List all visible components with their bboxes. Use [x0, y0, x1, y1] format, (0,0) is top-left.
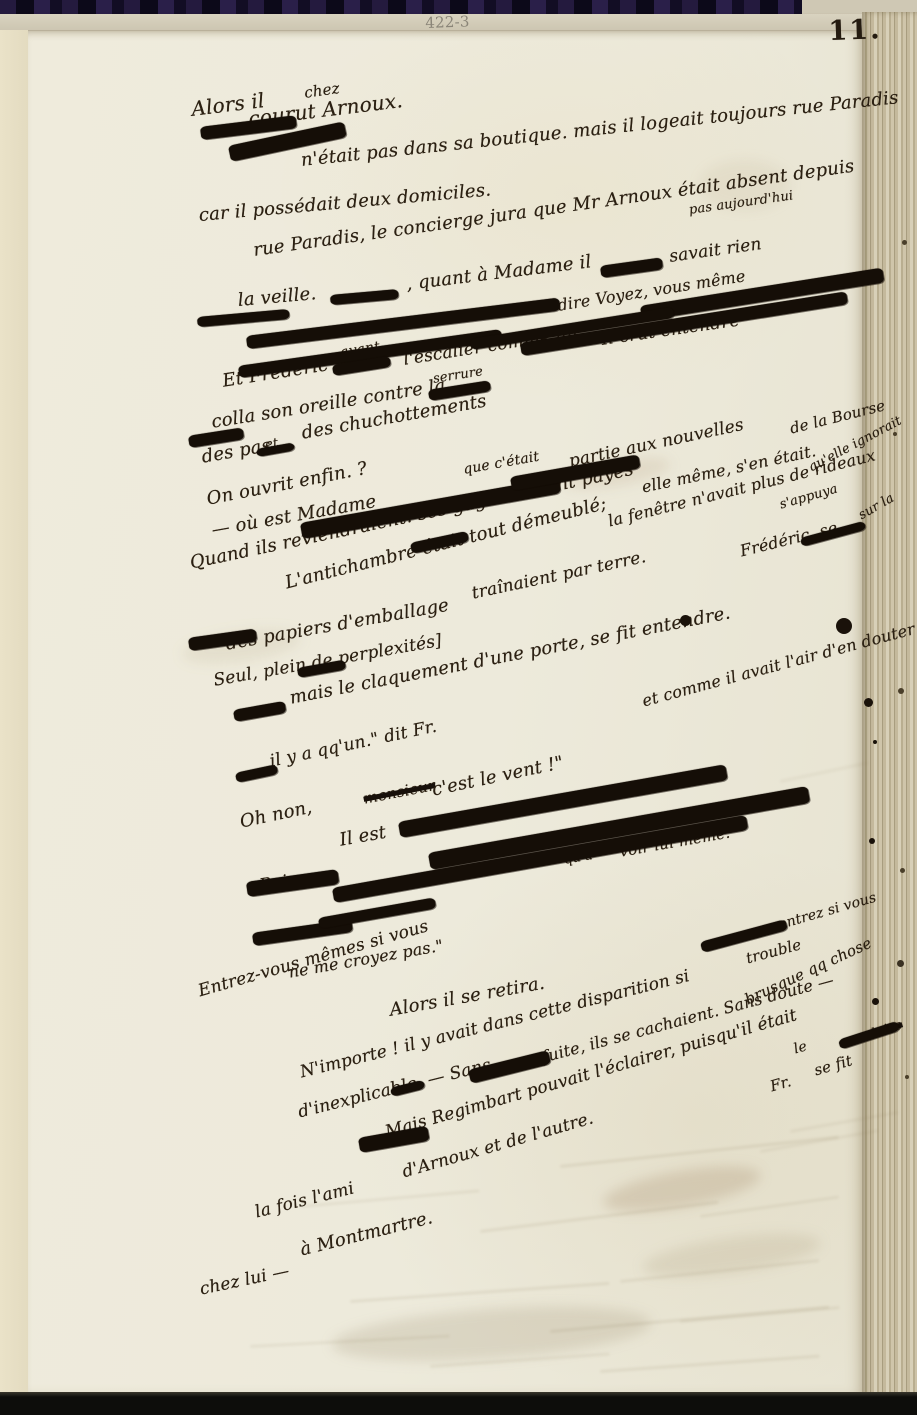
bleed-through-stroke	[600, 1355, 820, 1373]
ink-blot	[873, 740, 877, 744]
bleed-through-stroke	[790, 1111, 899, 1133]
handwritten-text: chez lui —	[198, 1261, 291, 1300]
bleed-through-stroke	[700, 1196, 839, 1218]
bleed-through-stroke	[560, 1136, 839, 1168]
ink-blot	[905, 1075, 909, 1079]
ink-blot	[902, 240, 907, 245]
ink-strikethrough	[330, 289, 399, 305]
bleed-through-stroke	[680, 1306, 840, 1323]
archive-number: 422-3	[425, 12, 470, 32]
ink-blot	[900, 868, 905, 873]
ink-strikethrough	[235, 764, 278, 783]
ink-blot	[893, 432, 897, 436]
handwritten-text: Il est	[338, 822, 388, 851]
bleed-through-stroke	[480, 1201, 719, 1233]
ink-strikethrough	[233, 701, 286, 722]
handwritten-text: savait rien	[668, 234, 763, 267]
paper-smudge	[330, 1298, 653, 1370]
handwritten-text: Oh non,	[238, 797, 314, 833]
ink-strikethrough	[197, 309, 290, 327]
ink-strikethrough	[600, 257, 663, 278]
handwritten-text: se fit	[812, 1051, 854, 1079]
handwritten-text: Fr.	[768, 1072, 793, 1095]
handwritten-text: le	[792, 1038, 809, 1057]
bleed-through-stroke	[780, 761, 869, 783]
handwritten-text: , quant à Madame il	[405, 251, 593, 295]
ink-blot	[864, 698, 873, 707]
handwritten-text: c'est le vent !"	[430, 752, 566, 800]
ink-blot	[836, 618, 852, 634]
handwritten-text: à Montmartre.	[298, 1207, 435, 1260]
handwriting-layer: 422-311.Alors ilchezcourut Arnoux.n'étai…	[0, 0, 917, 1415]
handwritten-text: la veille.	[237, 283, 317, 311]
handwritten-text: sur la	[856, 491, 897, 523]
handwritten-text: monsieur	[362, 776, 437, 808]
ink-blot	[872, 998, 879, 1005]
folio-number: 11.	[828, 14, 882, 47]
handwritten-text: traînaient par terre.	[470, 547, 648, 603]
ink-blot	[869, 838, 875, 844]
ink-blot	[680, 615, 691, 626]
ink-strikethrough	[332, 815, 748, 903]
handwritten-text: il y a qq'un." dit Fr.	[268, 717, 439, 772]
ink-blot	[897, 960, 904, 967]
handwritten-text: la fois l'ami	[253, 1178, 356, 1222]
manuscript-scan: 422-311.Alors ilchezcourut Arnoux.n'étai…	[0, 0, 917, 1415]
ink-blot	[898, 688, 904, 694]
bleed-through-stroke	[350, 1282, 610, 1303]
